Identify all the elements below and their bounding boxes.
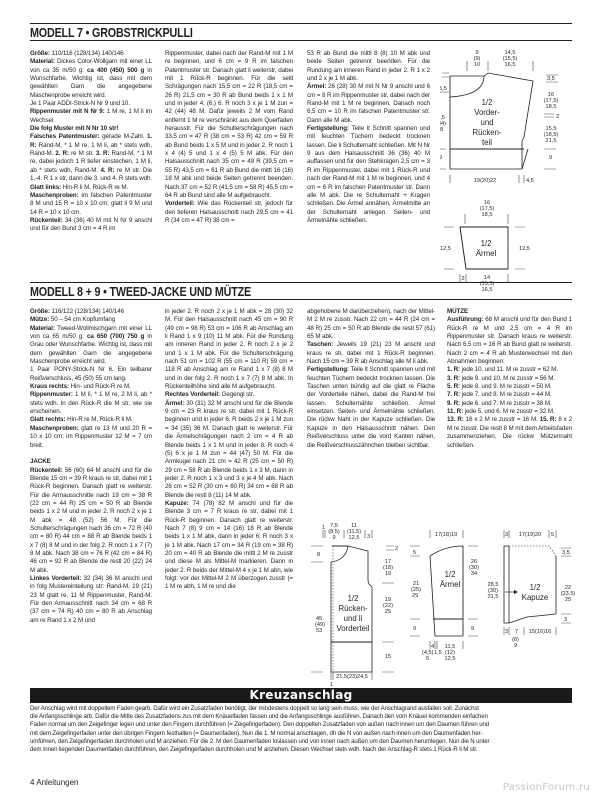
svg-text:18,5: 18,5 — [546, 104, 557, 110]
schematic-pullover-sleeve: 16 (17,5) 18,5 1/2 Ärmel 12,5 12,5 2 14 … — [440, 196, 570, 296]
instruction-paragraph: 1 Paar PONY-Strick-N Nr 6. Ein teilbarer… — [30, 366, 152, 383]
instruction-paragraph: 7. R: jede 7. und 8. M re zusstr = 44 M. — [447, 391, 572, 399]
svg-text:19: 19 — [385, 571, 391, 577]
instruction-paragraph: Linkes Vorderteil: 32 (34) 36 M anschl u… — [30, 575, 152, 625]
instruction-paragraph: 9. R: jede 6. und 7. M re zusstr = 38 M. — [447, 400, 572, 408]
instruction-paragraph: Die folg Muster mit N Nr 10 str! — [30, 125, 152, 133]
svg-text:12,5: 12,5 — [349, 535, 360, 541]
instruction-paragraph: in jeder 2. R noch 2 x je 1 M abk = 28 (… — [165, 308, 293, 391]
svg-text:1/2: 1/2 — [445, 570, 456, 579]
svg-text:5: 5 — [426, 656, 429, 662]
svg-text:9: 9 — [514, 643, 517, 649]
svg-text:38: 38 — [440, 127, 443, 133]
header-rule-bottom — [30, 299, 572, 300]
svg-text:9: 9 — [332, 535, 335, 541]
svg-text:9: 9 — [471, 626, 474, 632]
instruction-paragraph: 1. R: jede 10. und 11. M re zusstr = 62 … — [447, 366, 572, 374]
kreuzanschlag-line: Der Anschlag wird mit doppeltem Faden ge… — [30, 705, 572, 713]
schematic-hood: 3 17(19)20 5 1/2 Kapuze 28,5 (30) 31,5 3… — [483, 520, 600, 635]
svg-text:29: 29 — [412, 593, 418, 599]
schematic-jacket-body: 1 7,5 (8,5) 9 11 (11,5) 12,5 3 1/2 Rücke… — [308, 520, 398, 675]
svg-text:9: 9 — [440, 155, 442, 161]
instruction-paragraph: Ärmel: 26 (28) 30 M mit N Nr 9 anschl un… — [307, 83, 430, 125]
svg-text:25: 25 — [385, 609, 391, 615]
schematic-jacket-sleeve-bottom-dims: 4 (4,5) 5 1,5 11,5 (12) 12,5 — [420, 640, 470, 662]
svg-text:31,5: 31,5 — [488, 594, 499, 600]
svg-text:Kapuze: Kapuze — [522, 593, 548, 602]
instruction-paragraph: Größe: 110/116 (128/134) 140/146 — [30, 50, 152, 58]
header-rule-top — [30, 282, 572, 283]
svg-text:und li: und li — [344, 614, 363, 623]
modell7-column-3: 53 R ab Bund die mittl 8 (8) 10 M abk un… — [307, 50, 430, 225]
svg-text:3: 3 — [367, 534, 370, 540]
schematic-pullover-body: 9 (9) 10 14,5 (15,5) 16,5 1/2 Vorder- un… — [440, 45, 590, 185]
instruction-paragraph: 3. R: jede 9. und 10. M re zusstr = 56 M… — [447, 375, 572, 383]
svg-text:34: 34 — [471, 571, 477, 577]
instruction-paragraph: Je 1 Paar ADDI-Strick-N Nr 9 und 10. — [30, 100, 152, 108]
kreuzanschlag-title: Kreuzanschlag — [30, 688, 572, 703]
instruction-paragraph: Mütze: 50 – 54 cm Kopfumfang — [30, 316, 152, 324]
section-title-modell89: MODELL 8 + 9 • TWEED-JACKE UND MÜTZE — [30, 285, 251, 299]
instruction-paragraph: Material: Dickes Color-Wollgarn mit eine… — [30, 58, 152, 100]
modell7-column-2: Rippenmuster, dabei nach der Rand-M mit … — [165, 50, 293, 225]
instruction-paragraph: 5. R: jede 8. und 9. M re zusstr = 50 M. — [447, 383, 572, 391]
svg-text:10: 10 — [474, 62, 480, 68]
kreuzanschlag-line: dem innen liegenden Daumenfaden durchfüh… — [30, 746, 572, 754]
instruction-paragraph: Glatt links: Hin-R li M, Rück-R re M. — [30, 184, 152, 192]
header-rule-bottom — [30, 40, 572, 41]
svg-text:2: 2 — [395, 546, 398, 552]
instruction-paragraph: JACKE — [30, 458, 152, 466]
instruction-paragraph: Fertigstellung: Teile lt Schnitt spannen… — [307, 366, 435, 449]
svg-text:16,5: 16,5 — [505, 62, 516, 68]
svg-text:3,5: 3,5 — [562, 550, 570, 556]
instruction-paragraph: Glatt rechts: Hin-R re M, Rück-R li M. — [30, 416, 152, 424]
svg-text:teil: teil — [482, 138, 492, 147]
schematic-jacket-sleeve: 17(18)19 1/2 Ärmel 5 21 (25) 29 9 — [405, 520, 475, 640]
svg-text:Vorder-: Vorder- — [474, 108, 500, 117]
svg-text:1,5: 1,5 — [434, 650, 442, 656]
instruction-paragraph: Falsches Patentmuster: gerade M-Zahl. 1.… — [30, 133, 152, 183]
svg-text:und: und — [480, 118, 493, 127]
instruction-paragraph: Vorderteil: Wie das Rückenteil str, jedo… — [165, 200, 293, 225]
svg-text:15(16)16: 15(16)16 — [529, 629, 551, 635]
svg-text:1/2: 1/2 — [530, 583, 541, 592]
page-footer-label: 4 Anleitungen — [30, 778, 79, 787]
modell7-column-1: Größe: 110/116 (128/134) 140/146Material… — [30, 50, 152, 234]
instruction-paragraph: Ärmel: 30 (31) 32 M anschl und für die B… — [165, 400, 293, 500]
instruction-paragraph: Taschen: Jeweils 19 (21) 23 M anschl und… — [307, 341, 435, 366]
svg-text:8: 8 — [317, 552, 320, 558]
kreuzanschlag-title-bar: Kreuzanschlag — [30, 688, 572, 703]
watermark: PassionForum.ru — [503, 782, 590, 793]
svg-text:3: 3 — [505, 629, 508, 635]
instruction-paragraph: Material: Tweed-Wollmischgarn mit einer … — [30, 325, 152, 367]
svg-text:Rücken-: Rücken- — [338, 604, 367, 613]
instruction-paragraph: Kraus rechts: Hin- und Rück-R re M. — [30, 383, 152, 391]
svg-text:1/2: 1/2 — [481, 239, 492, 248]
svg-text:1: 1 — [322, 525, 325, 531]
instruction-paragraph: Maschenproben: im falschen Patentmuster … — [30, 192, 152, 217]
instruction-paragraph: Maschenproben: glatt re 13 M und 20 R = … — [30, 425, 152, 450]
svg-text:3: 3 — [564, 617, 567, 623]
kreuzanschlag-line: Faden normal um den Zeigefinger legen un… — [30, 721, 572, 729]
svg-text:21,5(23)24,5: 21,5(23)24,5 — [336, 674, 368, 680]
instruction-paragraph: 11. R: jede 5. und 6. M re zusstr = 32 M… — [447, 408, 572, 416]
kreuzanschlag-line: mit dem Zeigefingerfaden unter den übrig… — [30, 730, 572, 738]
schematic-jacket-bottom-dims: 21,5(23)24,5 1 — [308, 672, 398, 688]
instruction-paragraph: Rückenteil: 56 (60) 64 M anschl und für … — [30, 467, 152, 575]
kreuzanschlag-line: die Anfangsschlinge arb. Dafür die Mitte… — [30, 713, 572, 721]
svg-text:5,5: 5,5 — [440, 86, 447, 92]
modell89-column-2: in jeder 2. R noch 2 x je 1 M abk = 28 (… — [165, 308, 293, 592]
kreuzanschlag-line: umführen, den Zeigefingerfaden durchhole… — [30, 738, 572, 746]
svg-text:17(19)20: 17(19)20 — [519, 532, 541, 538]
header-rule-top — [30, 23, 572, 24]
svg-text:3: 3 — [505, 532, 508, 538]
svg-text:12,5: 12,5 — [445, 656, 456, 662]
modell89-column-3: abgehobene M darüberziehen), nach der Mi… — [307, 308, 435, 450]
svg-text:18,5: 18,5 — [482, 212, 493, 218]
svg-text:12,5: 12,5 — [519, 246, 530, 252]
svg-text:Rücken-: Rücken- — [472, 128, 501, 137]
instruction-paragraph: Rippenmuster: 1 M li, * 1 M re, 2 M li, … — [30, 391, 152, 416]
svg-text:9: 9 — [413, 626, 416, 632]
svg-text:Ärmel: Ärmel — [440, 580, 461, 589]
kreuzanschlag-body: Der Anschlag wird mit doppeltem Faden ge… — [30, 705, 572, 754]
section-title-modell7: MODELL 7 • GROBSTRICKPULLI — [30, 26, 193, 40]
svg-text:5: 5 — [413, 550, 416, 556]
modell89-column-1: Größe: 116/122 (128/134) 140/146Mütze: 5… — [30, 308, 152, 625]
instruction-paragraph: Rechtes Vorderteil: Gegengl str. — [165, 391, 293, 399]
modell89-column-4: MÜTZEAusführung: 68 M anschl und für den… — [447, 308, 572, 450]
svg-text:1/2: 1/2 — [482, 98, 493, 107]
svg-text:Ärmel: Ärmel — [476, 249, 497, 258]
svg-text:3,5: 3,5 — [547, 76, 555, 82]
svg-text:9: 9 — [549, 155, 552, 161]
instruction-paragraph: Rückenteil: 34 (36) 40 M mit N Nr 9 ansc… — [30, 217, 152, 234]
instruction-paragraph: Ausführung: 68 M anschl und für den Bund… — [447, 316, 572, 366]
instruction-paragraph: 53 R ab Bund die mittl 8 (8) 10 M abk un… — [307, 50, 430, 83]
instruction-paragraph: MÜTZE — [447, 308, 572, 316]
svg-text:19(20)22: 19(20)22 — [474, 178, 496, 184]
instruction-paragraph: Fertigstellung: Teile lt Schnitt spannen… — [307, 125, 430, 225]
svg-text:53: 53 — [316, 628, 322, 634]
instruction-paragraph: Rippenmuster mit N Nr 9: 1 M re, 1 M li … — [30, 108, 152, 125]
instruction-paragraph: Größe: 116/122 (128/134) 140/146 — [30, 308, 152, 316]
svg-text:17(18)19: 17(18)19 — [435, 532, 457, 538]
svg-text:21,5: 21,5 — [546, 138, 557, 144]
svg-text:25: 25 — [565, 597, 571, 603]
svg-text:15: 15 — [385, 654, 391, 660]
svg-text:16,5: 16,5 — [482, 287, 493, 293]
svg-text:5: 5 — [551, 532, 554, 538]
svg-text:Vorderteil: Vorderteil — [337, 624, 370, 633]
instruction-paragraph: abgehobene M darüberziehen), nach der Mi… — [307, 308, 435, 341]
instruction-paragraph: Kapuze: 74 (78) 82 M anschl und für die … — [165, 500, 293, 592]
instruction-paragraph: Rippenmuster, dabei nach der Rand-M mit … — [165, 50, 293, 200]
svg-text:2: 2 — [556, 114, 559, 120]
svg-text:12,5: 12,5 — [440, 246, 451, 252]
instruction-paragraph: 13. R: 16 x 2 M re zusstr = 16 M. 15. R:… — [447, 416, 572, 449]
schematic-hood-bottom-extra: (8) 9 — [510, 635, 530, 651]
svg-text:4,5: 4,5 — [526, 178, 534, 184]
svg-text:1/2: 1/2 — [348, 594, 359, 603]
